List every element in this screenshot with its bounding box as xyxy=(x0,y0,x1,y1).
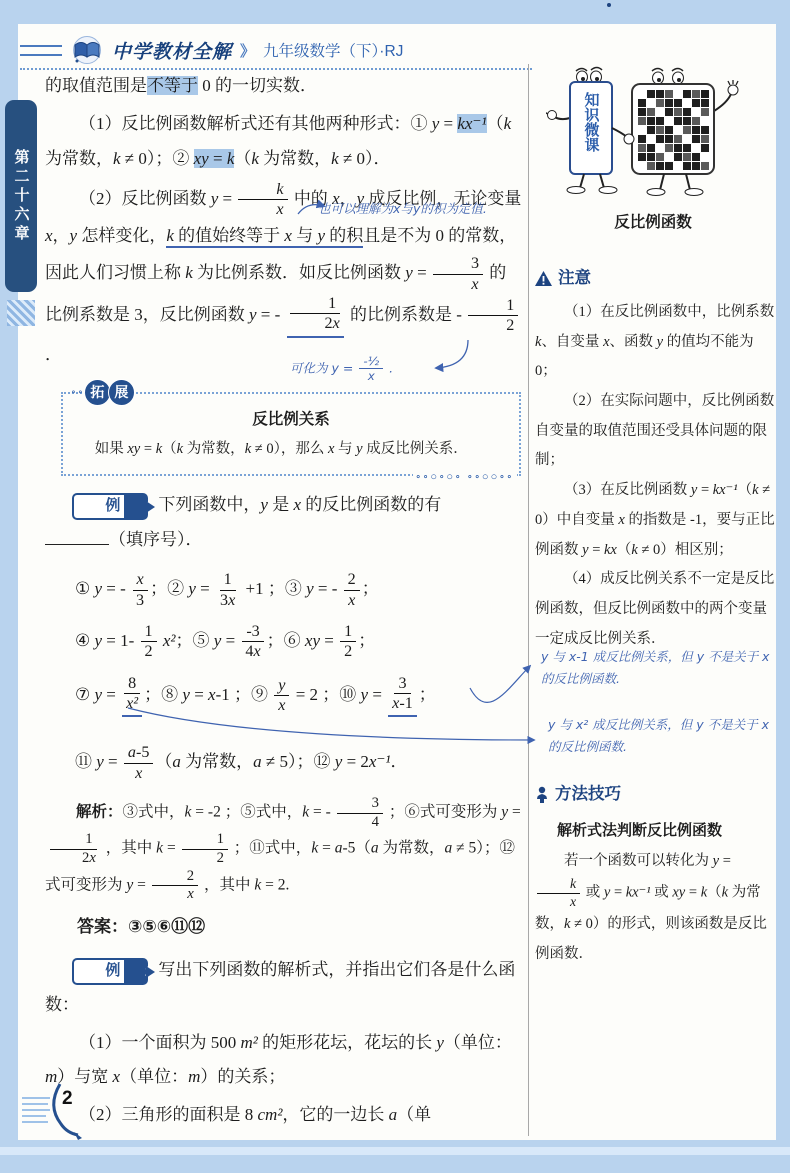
equation-row-4: ⑪ y = a-5x（a 为常数，a ≠ 5）；⑫ y = 2x⁻¹． xyxy=(75,743,523,783)
badge-tail-decoration xyxy=(146,501,155,513)
notice-item-2: （2）在实际问题中，反比例函数自变量的取值范围还受具体问题的限制； xyxy=(535,387,776,476)
equation-row-1: ① y = - x3；② y = 13x +1 ；③ y = - 2x； xyxy=(75,570,523,610)
knowledge-video-mascot-illustration: 知识微课 xyxy=(546,66,760,208)
header-separator: 》 xyxy=(240,40,255,61)
header-rule-decoration xyxy=(20,45,62,56)
expansion-box: ∘∘ 拓 展 反比例关系 如果 xy = k（k 为常数，k ≠ 0），那么 x… xyxy=(61,392,521,476)
edition-subtitle: 九年级数学（下）·RJ xyxy=(263,39,403,61)
handwritten-note-product-constant: 也可以理解为x与y的积为定值. xyxy=(318,200,538,219)
example-badge-zi: 例 xyxy=(74,491,124,522)
example-2-badge: 例2 xyxy=(72,958,148,985)
handwritten-margin-note-2: y 与 x² 成反比例关系，但 y 不是关于 x 的反比例函数. xyxy=(548,714,776,758)
badge-tail-decoration xyxy=(146,966,155,978)
bottom-band-decoration xyxy=(0,1147,790,1155)
analysis-paragraph: 解析：③式中，k = -2 ；⑤式中，k = - 34 ；⑥式可变形为 y = … xyxy=(45,795,523,904)
example-2: 例2写出下列函数的解析式，并指出它们各是什么函数： xyxy=(45,953,523,1023)
textbook-page-scan: { "colors":{"accent_navy":"#25508f","hig… xyxy=(0,0,790,1173)
open-book-logo-icon xyxy=(70,35,104,65)
circle-dots-decoration: ∘∘○∘○∘ ∘∘○○∘∘ xyxy=(413,468,517,488)
method-tips-block: 方法技巧 解析式法判断反比例函数 若一个函数可以转化为 y = kx 或 y =… xyxy=(535,778,776,970)
notice-item-4: （4）成反比例关系不一定是反比例函数，但反比例函数中的两个变量一定成反比例关系． xyxy=(535,565,776,654)
notice-heading: 注意 xyxy=(535,262,776,296)
ink-dot xyxy=(607,3,611,7)
expand-badge-char-2: 展 xyxy=(108,379,135,406)
paragraph-domain: 的取值范围是不等于 0 的一切实数． xyxy=(45,69,523,104)
example-1-question: 下列函数中，y 是 x 的反比例函数的有 xyxy=(158,495,441,514)
main-text-column: 的取值范围是不等于 0 的一切实数． （1）反比例函数解析式还有其他两种形式：①… xyxy=(45,66,523,1136)
column-divider xyxy=(528,64,529,1136)
equation-row-2: ④ y = 1- 12 x²；⑤ y = -34x；⑥ xy = 12； xyxy=(75,622,523,662)
sign-text: 知识微课 xyxy=(583,91,600,153)
example-badge-zi: 例 xyxy=(74,956,124,987)
page-header: 中学教材全解 》 九年级数学（下）·RJ xyxy=(20,32,532,70)
example-1: 例1下列函数中，y 是 x 的反比例函数的有 （填序号）． xyxy=(45,488,523,558)
method-tips-title: 方法技巧 xyxy=(555,778,621,812)
expand-badge: ∘∘ 拓 展 xyxy=(71,379,135,406)
example-2-item-2: （2）三角形的面积是 8 cm²，它的一边长 a（单 xyxy=(45,1098,523,1133)
expand-box-title: 反比例关系 xyxy=(73,406,509,434)
example-badge-num: 1 xyxy=(124,495,146,518)
example-2-item-1: （1）一个面积为 500 m² 的矩形花坛，花坛的长 y（单位：m）与宽 x（单… xyxy=(45,1026,523,1096)
notice-item-3: （3）在反比例函数 y = kx⁻¹（k ≠ 0）中自变量 x 的指数是 -1，… xyxy=(535,476,776,565)
chapter-label: 第二十六章 xyxy=(11,149,32,244)
page-number-area: 2 xyxy=(22,1082,112,1140)
chapter-tab-hatch-decoration xyxy=(7,300,35,326)
notice-item-1: （1）在反比例函数中，比例系数 k、自变量 x、函数 y 的值均不能为 0； xyxy=(535,298,776,387)
handwritten-note-rewrite: 可化为 y = -½x . xyxy=(290,354,460,384)
mascot-caption: 反比例函数 xyxy=(546,210,760,232)
badge-dots-decoration: ∘∘ xyxy=(71,384,85,402)
method-tips-subtitle: 解析式法判断反比例函数 xyxy=(557,816,776,847)
notice-title: 注意 xyxy=(558,262,591,296)
answer-line: 答案：③⑤⑥⑪⑫ xyxy=(77,910,523,945)
warning-triangle-icon xyxy=(535,271,552,286)
expand-box-body: 如果 xy = k（k 为常数，k ≠ 0），那么 x 与 y 成反比例关系． xyxy=(73,436,509,462)
equation-row-3: ⑦ y = 8x²；⑧ y = x-1 ；⑨ yx = 2 ；⑩ y = 3x-… xyxy=(75,674,523,718)
example-1-question-tail: （填序号）． xyxy=(109,523,203,558)
chapter-tab: 第二十六章 xyxy=(5,100,37,292)
expand-badge-char-1: 拓 xyxy=(84,379,111,406)
example-badge-num: 2 xyxy=(124,960,146,983)
method-tips-body: 若一个函数可以转化为 y = kx 或 y = kx⁻¹ 或 xy = k（k … xyxy=(535,847,776,970)
page: 中学教材全解 》 九年级数学（下）·RJ 的取值范围是不等于 0 的一切实数． … xyxy=(18,24,776,1140)
handwritten-margin-note-1: y 与 x-1 成反比例关系，但 y 不是关于 x 的反比例函数. xyxy=(541,646,775,690)
brand-title: 中学教材全解 xyxy=(112,37,232,64)
paragraph-other-forms: （1）反比例函数解析式还有其他两种形式：① y = kx⁻¹（k 为常数，k ≠… xyxy=(45,107,523,177)
method-tips-heading: 方法技巧 xyxy=(535,778,776,812)
answer-blank xyxy=(45,526,109,545)
page-number: 2 xyxy=(62,1088,73,1110)
notice-block: 注意 （1）在反比例函数中，比例系数 k、自变量 x、函数 y 的值均不能为 0… xyxy=(535,262,776,654)
tips-icon xyxy=(535,786,549,803)
example-1-badge: 例1 xyxy=(72,493,148,520)
